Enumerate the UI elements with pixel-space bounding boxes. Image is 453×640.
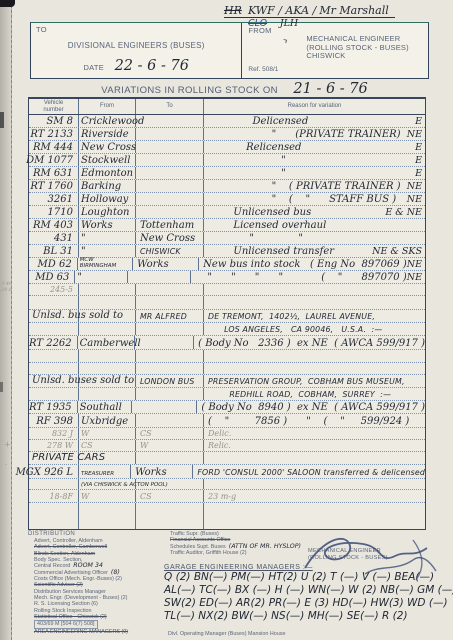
variation-code: NE (407, 129, 422, 140)
table-row: MD 62MCW BIRMINGHAMWorksNew bus into sto… (29, 258, 425, 271)
to-label: TO (36, 25, 47, 34)
cell-text: BL 31 (43, 246, 73, 257)
table-cell: MD 62 (29, 258, 78, 270)
margin-pencil-note: 3-46 29.6 (1, 282, 12, 293)
row-span-label: PRIVATE CARS (32, 452, 105, 463)
distribution-item-text: Schedules Supt. Buses (170, 544, 226, 550)
column-header: To (136, 99, 204, 114)
table-cell (128, 271, 191, 283)
cell-text: Licensed overhaul (208, 220, 326, 231)
table-cell: RT 2262 (29, 336, 78, 349)
table-cell: 23 m-g (204, 490, 425, 502)
routing-struck-clo: CLO (248, 18, 267, 29)
department-stamp: MECHANICAL ENGINEER (ROLLING STOCK - BUS… (308, 548, 453, 561)
cell-text: RM 444 (33, 142, 73, 153)
variation-code: NE (407, 181, 422, 192)
cell-text: New Cross (81, 142, 136, 153)
table-row (29, 503, 425, 529)
column-header-label: From (100, 103, 114, 110)
cell-text: MGX 926 L (16, 467, 73, 478)
table-cell: Uxbridge (79, 414, 136, 427)
table-cell (29, 350, 79, 362)
table-cell: Licensed overhaul (204, 219, 425, 231)
table-cell: Unlsd. buses sold to (29, 375, 79, 387)
cell-text: ( " 7856 ) " ( " 599/924 ) (208, 416, 409, 427)
table-cell (29, 323, 79, 335)
cell-text: W (81, 428, 89, 439)
table-row: RM 403WorksTottenham Licensed overhaul (29, 219, 425, 232)
cell-text: Barking (81, 181, 121, 192)
table-cell (136, 388, 204, 400)
from-section: FROM ⌝ MECHANICAL ENGINEER (ROLLING STOC… (242, 23, 428, 78)
form-title: VARIATIONS IN ROLLING STOCK ON 21 - 6 - … (50, 80, 423, 98)
cell-text: " (77, 272, 82, 283)
cell-text: 18-8F (49, 491, 73, 502)
table-cell (132, 401, 197, 413)
table-row: RT 1935Southall( Body No 8940 ) ex NE ( … (29, 401, 425, 414)
table-cell: BL 31 (29, 245, 79, 257)
cell-text: Unlicensed transfer (208, 246, 334, 257)
table-row: 832 JWCSDelic. (29, 428, 425, 440)
routing-initials: KWF / AKA / (248, 4, 316, 17)
table-row (29, 296, 425, 310)
table-cell (29, 479, 79, 489)
table-cell: W (79, 490, 136, 502)
table-cell: LONDON BUS (136, 375, 204, 387)
table-cell: CHISWICK (136, 245, 204, 257)
variation-code: E (415, 155, 422, 166)
cell-text: Edmonton (81, 168, 133, 179)
table-cell: MR ALFRED (136, 310, 204, 322)
distribution-item-text: Financial Accounts Office (170, 537, 230, 543)
table-cell: MCW BIRMINGHAM (78, 258, 133, 270)
table-cell: Stockwell (79, 154, 136, 166)
table-cell: ( Body No 8940 ) ex NE ( AWCA 599/917 ) (197, 401, 425, 413)
cell-text: Tottenham (140, 220, 194, 231)
title-date: 21 - 6 - 76 (291, 81, 371, 98)
cell-text: 431 (54, 233, 73, 244)
table-cell: Works (131, 465, 193, 478)
table-cell: RT 1760 (29, 180, 79, 192)
table-cell (204, 363, 425, 374)
table-cell: Works (79, 219, 136, 231)
distribution-section: DISTRIBUTION Advert, Controller, Aldenha… (28, 531, 449, 640)
table-row: Unlsd. bus sold toMR ALFREDDE TREMONT, 1… (29, 310, 425, 323)
table-cell (136, 296, 204, 309)
distribution-item-text: 403/69 M [504 6(7) 508] (34, 620, 98, 628)
table-cell (204, 503, 425, 529)
cell-text: CS (140, 428, 152, 439)
table-cell: " (PRIVATE TRAINER)NE (204, 128, 425, 140)
cell-text: New Cross (140, 233, 195, 244)
variation-code: NE & SKS (372, 246, 422, 257)
cell-text: CS (140, 491, 152, 502)
table-row: RT 2262Camberwell( Body No 2336 ) ex NE … (29, 336, 425, 350)
cell-text: RF 398 (36, 416, 73, 427)
column-header-label: To (166, 103, 172, 110)
table-cell: W (79, 428, 136, 439)
cell-text: TREASURER (81, 472, 114, 478)
table-cell (79, 323, 136, 335)
variation-code: NE (407, 259, 422, 270)
distribution-item-text: Mech. Engr. (Development - Buses) (2) (34, 595, 127, 601)
cell-text: Works (137, 259, 169, 270)
table-cell: New Cross (136, 232, 204, 244)
distribution-item-text: Advert, Controller, Aldenham (34, 538, 103, 544)
table-cell: W (136, 440, 204, 451)
table-cell: FORD 'CONSUL 2000' SALOON transferred & … (193, 465, 425, 478)
cell-text: " " " " ( " 897070 ) (195, 272, 407, 283)
distribution-item-text: AREA ENGINEERING MANAGERS (9) (34, 629, 128, 635)
table-cell: Barking (79, 180, 136, 192)
table-row: 1710Loughton Unlicensed busE & NE (29, 206, 425, 219)
signature-scrawl (295, 530, 445, 591)
table-cell (136, 154, 204, 166)
distribution-item-text: Costs Office (Mech. Engr.-Buses) (2) (34, 576, 122, 582)
cell-text: " " (208, 233, 303, 244)
cell-text: " ( " STAFF BUS ) (208, 194, 396, 205)
cell-text: RT 2133 (30, 129, 73, 140)
table-cell (136, 180, 204, 192)
distribution-item-text: Commercial Advertising Officer (34, 570, 108, 576)
cell-text: Relicensed (208, 142, 301, 153)
table-cell (29, 296, 79, 309)
table-cell (136, 414, 204, 427)
scan-edge-mark (0, 382, 3, 392)
cell-text: MCW BIRMINGHAM (80, 258, 117, 270)
table-cell (204, 350, 425, 362)
scan-corner-blot (0, 0, 15, 7)
table-cell (79, 363, 136, 374)
cell-text: 3261 (48, 194, 73, 205)
distribution-item-text: Advert, Controller, Camberwell (34, 544, 107, 550)
cell-text: Works (81, 220, 113, 231)
table-cell: " " (204, 232, 425, 244)
table-cell: "E (204, 154, 425, 166)
from-address: MECHANICAL ENGINEER (ROLLING STOCK - BUS… (306, 35, 408, 61)
cell-text: CS (81, 440, 93, 451)
variation-code: NE (407, 272, 422, 283)
table-cell: Unlicensed transferNE & SKS (204, 245, 425, 257)
table-cell: Unlsd. bus sold to (29, 310, 79, 322)
table-cell: CS (136, 490, 204, 502)
table-cell: " ( " STAFF BUS )NE (204, 193, 425, 205)
cell-text: 23 m-g (208, 491, 236, 502)
cell-text: CHISWICK (140, 246, 181, 257)
table-cell: ( Body No 2336 ) ex NE ( AWCA 599/917 ) (194, 336, 425, 349)
cell-text: " (208, 155, 286, 166)
table-cell: RT 2133 (29, 128, 79, 140)
cell-text: RT 1760 (30, 181, 73, 192)
table-cell: " (75, 271, 128, 283)
cell-text: Southall (80, 402, 122, 413)
table-row: RM 631Edmonton "E (29, 167, 425, 180)
variation-code: E (415, 116, 422, 127)
table-row: MD 63" " " " " ( " 897070 )NE (29, 271, 425, 284)
table-row: BL 31"CHISWICK Unlicensed transferNE & S… (29, 245, 425, 258)
column-header: From (79, 99, 136, 114)
cell-text: RM 403 (33, 220, 73, 231)
table-cell (204, 284, 425, 295)
to-value: DIVISIONAL ENGINEERS (BUSES) (31, 41, 241, 50)
cell-text: DM 1077 (26, 155, 73, 166)
column-header: Vehicle number (29, 99, 79, 114)
table-cell (136, 452, 204, 464)
distribution-item-text: Traffic Auditor, Griffith House (2) (170, 550, 247, 556)
table-cell: " (79, 245, 136, 257)
cell-text: W (140, 440, 148, 451)
cell-text: ( Body No 2336 ) ex NE ( AWCA 599/917 ) (198, 338, 425, 349)
cell-text: " (81, 233, 86, 244)
table-row: RF 398Uxbridge( " 7856 ) " ( " 599/924 ) (29, 414, 425, 428)
distribution-item-text: Distribution Services Manager (34, 589, 106, 595)
bottom-note: Divl. Operating Manager (Buses) Mansion … (168, 631, 285, 637)
variation-code: E (415, 142, 422, 153)
table-cell: " " " " ( " 897070 )NE (191, 271, 425, 283)
cell-text: REDHILL ROAD, COBHAM, SURREY :— (208, 389, 391, 400)
routing-annotation: HR KWF / AKA / Mr Marshall CLO JLH (224, 1, 450, 29)
table-cell: Relic. (204, 440, 425, 451)
table-cell (136, 128, 204, 140)
cell-text: MD 63 (35, 272, 69, 283)
cell-text: LONDON BUS (140, 376, 195, 387)
table-cell (79, 350, 136, 362)
table-cell: CS (136, 428, 204, 439)
garage-managers-line: TL(—) NX(2) BW(—) NS(—) MH(—) SE(—) R (2… (164, 610, 449, 623)
cell-text: New bus into stock ( Eng No 897069 ) (203, 259, 407, 270)
cell-text: Relic. (208, 440, 231, 451)
cell-text: " (81, 246, 86, 257)
margin-plus-mark: + (4, 440, 11, 449)
table-cell: REDHILL ROAD, COBHAM, SURREY :— (204, 388, 425, 400)
variations-table: Vehicle numberFromToReason for variation… (28, 97, 426, 530)
date-label: DATE (83, 63, 104, 72)
cell-text: Holloway (81, 194, 128, 205)
handwritten-addition: (ATTN OF MR. HYSLOP) (229, 543, 301, 550)
table-cell: Southall (78, 401, 133, 413)
table-row: LOS ANGELES, CA 90046, U.S.A. :— (29, 323, 425, 336)
scanned-form-page: HR KWF / AKA / Mr Marshall CLO JLH TO DI… (0, 0, 453, 640)
cell-text: ( Body No 8940 ) ex NE ( AWCA 599/917 ) (201, 402, 425, 413)
table-row (29, 350, 425, 363)
table-row: SM 8Cricklewood DelicensedE (29, 115, 425, 128)
table-cell: PRIVATE CARS (29, 452, 79, 464)
form-header-box: TO DIVISIONAL ENGINEERS (BUSES) DATE 22 … (30, 22, 429, 79)
cell-text: (VIA CHISWICK & ACTON POOL) (81, 483, 168, 489)
cell-text: Delicensed (208, 116, 308, 127)
title-text: VARIATIONS IN ROLLING STOCK ON (101, 85, 278, 96)
cell-text: PRESERVATION GROUP, COBHAM BUS MUSEUM, (208, 376, 405, 387)
table-cell (136, 206, 204, 218)
table-cell (136, 284, 204, 295)
distribution-item-text: Scientific Adviser (2) (34, 582, 83, 588)
table-cell: Edmonton (79, 167, 136, 179)
cell-text: Camberwell (80, 338, 141, 349)
scan-edge-mark (0, 112, 4, 128)
table-cell: RM 631 (29, 167, 79, 179)
table-cell: New bus into stock ( Eng No 897069 )NE (199, 258, 425, 270)
table-cell: RelicensedE (204, 141, 425, 153)
table-cell (29, 388, 79, 400)
row-span-label: Unlsd. bus sold to (32, 310, 123, 321)
table-cell (204, 296, 425, 309)
distribution-item-text: Rolling Stock Inspection (34, 608, 92, 614)
variation-code: E & NE (385, 207, 422, 218)
table-cell (136, 167, 204, 179)
variation-code: NE (407, 194, 422, 205)
table-row: 18-8FWCS23 m-g (29, 490, 425, 503)
date-value: 22 - 6 - 76 (115, 58, 189, 74)
table-cell: Tottenham (136, 219, 204, 231)
table-cell (29, 503, 79, 529)
cell-text: 245-5 (50, 284, 73, 295)
table-row (29, 363, 425, 375)
table-cell: DM 1077 (29, 154, 79, 166)
distribution-item-text: Traffic Supr. (Buses) (170, 531, 219, 537)
table-cell: LOS ANGELES, CA 90046, U.S.A. :— (204, 323, 425, 335)
cell-text: Loughton (81, 207, 129, 218)
table-row: 431"New Cross " " (29, 232, 425, 245)
table-cell: 3261 (29, 193, 79, 205)
table-cell: Holloway (79, 193, 136, 205)
table-cell: 18-8F (29, 490, 79, 502)
cell-text: Uxbridge (81, 416, 128, 427)
cell-text: Stockwell (81, 155, 130, 166)
margin-note-line: 29.6 (1, 288, 12, 294)
routing-jlh: JLH (280, 18, 298, 29)
cell-text: RT 1935 (29, 402, 72, 413)
table-cell: CS (79, 440, 136, 451)
cell-text: FORD 'CONSUL 2000' SALOON transferred & … (197, 467, 425, 478)
table-cell: RT 1935 (29, 401, 78, 413)
table-cell: " ( PRIVATE TRAINER )NE (204, 180, 425, 192)
table-cell: PRESERVATION GROUP, COBHAM BUS MUSEUM, (204, 375, 425, 387)
garage-managers-line: SW(2) ED(—) AR(2) PR(—) E (3) HD(—) HW(3… (164, 597, 449, 610)
table-cell: Camberwell (78, 336, 135, 349)
table-cell: New Cross (79, 141, 136, 153)
form-ref: Ref. 508/1 (248, 66, 278, 73)
table-row: 278 WCSWRelic. (29, 440, 425, 452)
table-row: RT 2133Riverside " (PRIVATE TRAINER)NE (29, 128, 425, 141)
table-cell: "E (204, 167, 425, 179)
cell-text: SM 8 (46, 116, 73, 127)
table-row: 3261Holloway " ( " STAFF BUS )NE (29, 193, 425, 206)
table-cell: (VIA CHISWICK & ACTON POOL) (79, 479, 136, 489)
table-cell (136, 141, 204, 153)
table-cell (29, 363, 79, 374)
table-cell: Unlicensed busE & NE (204, 206, 425, 218)
table-row: Unlsd. buses sold toLONDON BUSPRESERVATI… (29, 375, 425, 388)
table-cell: MD 63 (29, 271, 75, 283)
table-row: PRIVATE CARS (29, 452, 425, 465)
row-span-label: Unlsd. buses sold to (32, 375, 134, 386)
table-cell (136, 115, 204, 127)
cell-text: DE TREMONT, 1402½, LAUREL AVENUE, (208, 311, 375, 322)
scan-edge-strip (0, 0, 12, 640)
table-cell: DE TREMONT, 1402½, LAUREL AVENUE, (204, 310, 425, 322)
table-cell: 832 J (29, 428, 79, 439)
table-cell (79, 296, 136, 309)
table-cell (136, 350, 204, 362)
table-cell: Works (133, 258, 199, 270)
table-cell (136, 193, 204, 205)
table-cell: RM 444 (29, 141, 79, 153)
table-cell: Delic. (204, 428, 425, 439)
table-cell: RM 403 (29, 219, 79, 231)
cell-text: 278 W (47, 440, 73, 451)
cell-text: Riverside (81, 129, 129, 140)
table-row: 245-5 (29, 284, 425, 296)
to-section: TO DIVISIONAL ENGINEERS (BUSES) DATE 22 … (31, 23, 242, 78)
table-cell: 1710 (29, 206, 79, 218)
table-cell (204, 479, 425, 489)
cell-text: " ( PRIVATE TRAINER ) (208, 181, 401, 192)
cell-text: Unlicensed bus (208, 207, 311, 218)
table-cell: Loughton (79, 206, 136, 218)
margin-tick-mark: · (5, 461, 7, 469)
table-cell (79, 503, 136, 529)
table-cell: Cricklewood (79, 115, 136, 127)
cell-text: LOS ANGELES, CA 90046, U.S.A. :— (208, 324, 382, 335)
table-row: RT 1760Barking " ( PRIVATE TRAINER )NE (29, 180, 425, 193)
table-cell (135, 336, 194, 349)
cell-text: MR ALFRED (140, 311, 187, 322)
table-cell (136, 363, 204, 374)
table-cell: 431 (29, 232, 79, 244)
cell-text: " (208, 168, 286, 179)
cell-text: " (PRIVATE TRAINER) (208, 129, 401, 140)
cell-text: RM 631 (33, 168, 73, 179)
table-cell: ( " 7856 ) " ( " 599/924 ) (204, 414, 425, 427)
table-cell (136, 503, 204, 529)
distribution-item-text: Statistical Office - Chiswick (2) (34, 614, 107, 620)
column-header: Reason for variation (204, 99, 425, 114)
table-cell: DelicensedE (204, 115, 425, 127)
variation-code: E (415, 168, 422, 179)
table-row: MGX 926 LTREASURERWorksFORD 'CONSUL 2000… (29, 465, 425, 479)
handwritten-addition: ROOM 34 (73, 562, 103, 569)
cell-text: W (81, 491, 89, 502)
column-header-label: Vehicle number (43, 100, 63, 113)
handwritten-addition: (8) (111, 569, 120, 576)
table-cell: " (79, 232, 136, 244)
distribution-item-text: Blinds Section, Aldenham (34, 551, 95, 557)
cell-text: RT 2262 (29, 338, 72, 349)
distribution-item-text: R. S. Licensing Section (6) (34, 601, 98, 607)
cell-text: 1710 (48, 207, 73, 218)
routing-name: Mr Marshall (319, 4, 388, 17)
cell-text: Cricklewood (81, 116, 144, 127)
distribution-item-text: Central Record (34, 563, 70, 569)
table-row: RM 444New Cross RelicensedE (29, 141, 425, 154)
cell-text: 832 J (52, 428, 73, 439)
cell-text: Works (135, 467, 167, 478)
table-cell: RF 398 (29, 414, 79, 427)
table-row: (VIA CHISWICK & ACTON POOL) (29, 479, 425, 490)
table-header-row: Vehicle numberFromToReason for variation (29, 99, 425, 115)
column-header-label: Reason for variation (288, 103, 342, 110)
table-row: REDHILL ROAD, COBHAM, SURREY :— (29, 388, 425, 401)
table-cell (136, 323, 204, 335)
cell-text: Delic. (208, 428, 231, 439)
pen-mark: ⌝ (281, 39, 288, 51)
routing-struck-initials: HR (224, 4, 242, 17)
table-cell (79, 388, 136, 400)
cell-text: MD 62 (38, 259, 72, 270)
table-cell: Riverside (79, 128, 136, 140)
table-cell: MGX 926 L (29, 465, 79, 478)
table-row: DM 1077Stockwell "E (29, 154, 425, 167)
